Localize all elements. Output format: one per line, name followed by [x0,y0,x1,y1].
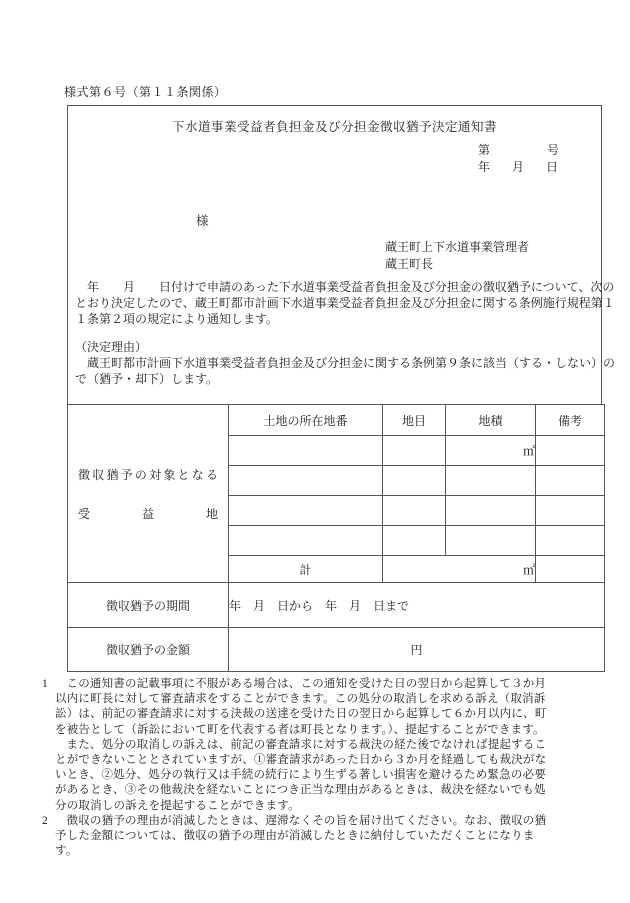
col-header-land-area: 地積 [446,405,536,436]
body-line-1: 年 月 日付けで申請のあった下水道事業受益者負担金及び分担金の徴収猶予について、… [75,279,599,295]
footnote-2-number: 2 [42,814,48,829]
area-cell-3 [446,496,536,526]
date-day: 日 [546,160,558,174]
category-cell-4 [383,526,446,556]
number-suffix: 号 [547,143,559,157]
body-line-2: とおり決定したので、蔵王町都市計画下水道事業受益者負担金及び分担金に関する条例施… [75,295,599,311]
sender-title: 蔵王町上下水道事業管理者 [385,239,529,256]
reason-line-2: 蔵王町都市計画下水道事業受益者負担金及び分担金に関する条例第９条に該当（する・し… [75,355,599,371]
deferment-amount-row: 徴収猶予の金額 円 [68,628,605,672]
remarks-cell-4 [536,526,605,556]
document-page: 様式第６号（第１１条関係） 下水道事業受益者負担金及び分担金徴収猶予決定通知書 … [0,0,630,903]
document-title: 下水道事業受益者負担金及び分担金徴収猶予決定通知書 [68,117,601,135]
remarks-cell-1 [536,436,605,466]
col-header-land-category: 地目 [383,405,446,436]
sender-block: 蔵王町上下水道事業管理者 蔵王町長 [385,239,529,273]
benefit-land-table: 徴収猶予の対象となる 受益地 土地の所在地番 地目 地積 備考 ㎡ [67,404,605,672]
remarks-cell-3 [536,496,605,526]
date-year: 年 [478,160,490,174]
footnote-1-number: 1 [42,677,48,692]
target-label-line1: 徴収猶予の対象となる [68,466,228,483]
document-number-block: 第号 年月日 [478,142,559,176]
decision-reason-block: （決定理由） 蔵王町都市計画下水道事業受益者負担金及び分担金に関する条例第９条に… [75,339,599,387]
area-cell-4 [446,526,536,556]
category-cell-1 [383,436,446,466]
date-month: 月 [512,160,524,174]
document-number-line: 第号 [478,142,559,159]
body-paragraph: 年 月 日付けで申請のあった下水道事業受益者負担金及び分担金の徴収猶予について、… [75,279,599,327]
footnote-1: 1 この通知書の記載事項に不服がある場合は、この通知を受けた日の翌日から起算して… [42,677,556,814]
addressee-suffix: 様 [196,211,209,229]
target-label-line2: 受益地 [68,505,228,522]
footnote-1-paragraph-2: また、処分の取消しの訴えは、前記の審査請求に対する裁決の経た後でなければ提起する… [55,738,556,814]
period-label-cell: 徴収猶予の期間 [68,583,229,628]
sender-name: 蔵王町長 [385,256,529,273]
col-header-land-location: 土地の所在地番 [229,405,383,436]
reason-heading: （決定理由） [75,339,599,355]
total-label-cell: 計 [229,556,383,583]
table-header-row: 徴収猶予の対象となる 受益地 土地の所在地番 地目 地積 備考 [68,405,605,436]
date-line: 年月日 [478,159,559,176]
total-remarks-cell [536,556,605,583]
target-land-label-cell: 徴収猶予の対象となる 受益地 [68,405,229,583]
amount-label-cell: 徴収猶予の金額 [68,628,229,672]
label-gap [68,483,228,505]
footnote-1-paragraph-1: この通知書の記載事項に不服がある場合は、この通知を受けた日の翌日から起算して３か… [55,677,556,738]
reason-line-3: で（猶予・却下）します。 [75,371,599,387]
location-cell-1 [229,436,383,466]
footnote-2-paragraph-1: 徴収の猶予の理由が消滅したときは、遅滞なくその旨を届け出てください。なお、徴収の… [55,814,556,860]
total-area-cell: ㎡ [383,556,536,583]
footnote-2: 2 徴収の猶予の理由が消滅したときは、遅滞なくその旨を届け出てください。なお、徴… [42,814,556,860]
amount-unit-cell: 円 [229,628,605,672]
area-cell-2 [446,466,536,496]
location-cell-2 [229,466,383,496]
category-cell-3 [383,496,446,526]
deferment-period-row: 徴収猶予の期間 年 月 日から 年 月 日まで [68,583,605,628]
remarks-cell-2 [536,466,605,496]
notice-box: 下水道事業受益者負担金及び分担金徴収猶予決定通知書 第号 年月日 様 蔵王町上下… [67,105,602,404]
area-cell-1: ㎡ [446,436,536,466]
number-prefix: 第 [478,143,490,157]
category-cell-2 [383,466,446,496]
location-cell-4 [229,526,383,556]
period-value-cell: 年 月 日から 年 月 日まで [229,583,605,628]
form-style-label: 様式第６号（第１１条関係） [64,83,227,100]
footnotes: 1 この通知書の記載事項に不服がある場合は、この通知を受けた日の翌日から起算して… [42,677,556,859]
body-line-3: １条第２項の規定により通知します。 [75,311,599,327]
location-cell-3 [229,496,383,526]
col-header-remarks: 備考 [536,405,605,436]
